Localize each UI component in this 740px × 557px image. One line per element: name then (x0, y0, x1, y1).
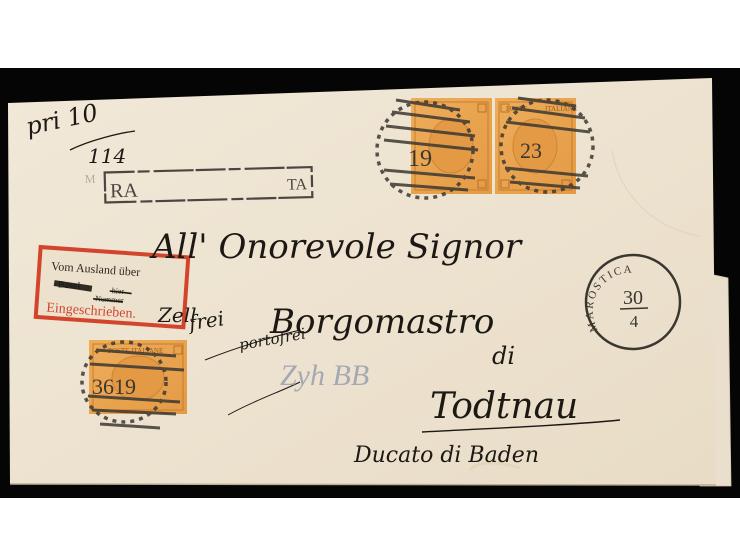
address-di: di (492, 342, 515, 370)
postal-cover: pri 10 114 RA TA M RACCOMANDATA POSTE IT… (0, 0, 740, 557)
svg-text:M: M (85, 172, 96, 186)
datestamp-month: 4 (630, 312, 639, 331)
cancel-number-19: 19 (408, 146, 432, 172)
address-salutation: All' Onorevole Signor (149, 227, 523, 267)
address-country: Ducato di Baden (353, 443, 539, 468)
pencil-notation: Zyh BB (280, 359, 369, 392)
raccomandata-text: RACCOMANDATA (0, 0, 148, 4)
datestamp-day: 30 (623, 287, 643, 309)
cancel-number-3619: 3619 (92, 374, 136, 399)
svg-text:RA: RA (110, 180, 139, 203)
manuscript-sub-number: 114 (88, 144, 126, 168)
svg-text:TA: TA (287, 176, 308, 194)
cancel-number-23: 23 (520, 138, 542, 163)
address-town: Todtnau (430, 386, 578, 427)
manuscript-frei: frei (185, 306, 225, 335)
